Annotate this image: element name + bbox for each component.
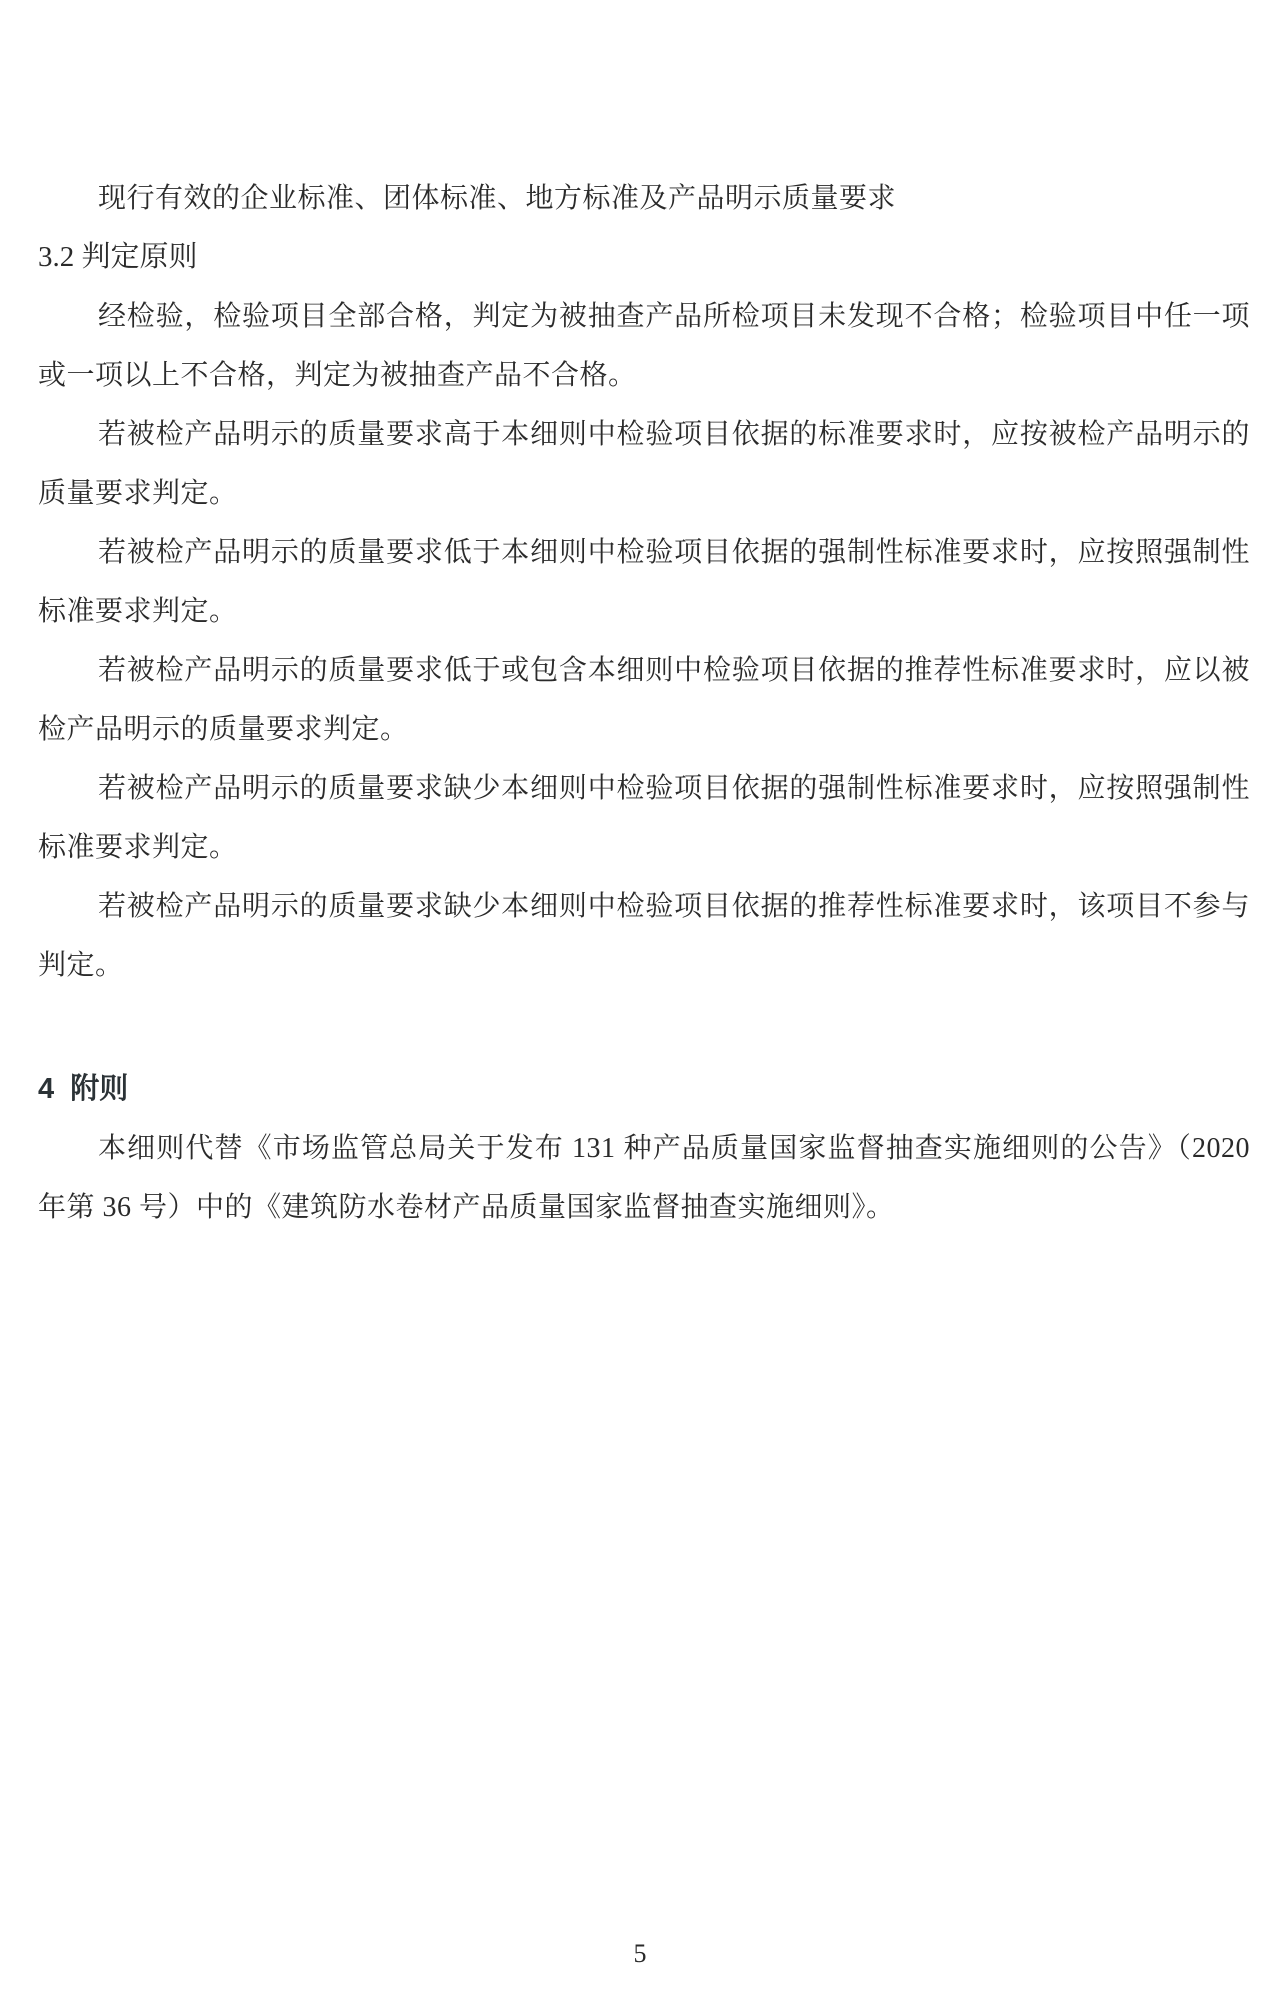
page-number: 5: [0, 1934, 1280, 1974]
document-page: 现行有效的企业标准、团体标准、地方标准及产品明示质量要求 3.2 判定原则 经检…: [0, 0, 1280, 2003]
paragraph-judgement-1: 经检验，检验项目全部合格，判定为被抽查产品所检项目未发现不合格；检验项目中任一项…: [38, 287, 1250, 405]
paragraph-judgement-6: 若被检产品明示的质量要求缺少本细则中检验项目依据的推荐性标准要求时，该项目不参与…: [38, 877, 1250, 995]
paragraph-judgement-5: 若被检产品明示的质量要求缺少本细则中检验项目依据的强制性标准要求时，应按照强制性…: [38, 759, 1250, 877]
paragraph-judgement-2: 若被检产品明示的质量要求高于本细则中检验项目依据的标准要求时，应按被检产品明示的…: [38, 405, 1250, 523]
section-heading-3-2: 3.2 判定原则: [38, 228, 1250, 287]
paragraph-continuation: 现行有效的企业标准、团体标准、地方标准及产品明示质量要求: [38, 169, 1250, 228]
paragraph-judgement-3: 若被检产品明示的质量要求低于本细则中检验项目依据的强制性标准要求时，应按照强制性…: [38, 523, 1250, 641]
document-content: 现行有效的企业标准、团体标准、地方标准及产品明示质量要求 3.2 判定原则 经检…: [0, 0, 1280, 1237]
paragraph-judgement-4: 若被检产品明示的质量要求低于或包含本细则中检验项目依据的推荐性标准要求时，应以被…: [38, 641, 1250, 759]
paragraph-supplementary-1: 本细则代替《市场监管总局关于发布 131 种产品质量国家监督抽查实施细则的公告》…: [38, 1119, 1250, 1237]
section-heading-4: 4 附则: [38, 1060, 1250, 1119]
